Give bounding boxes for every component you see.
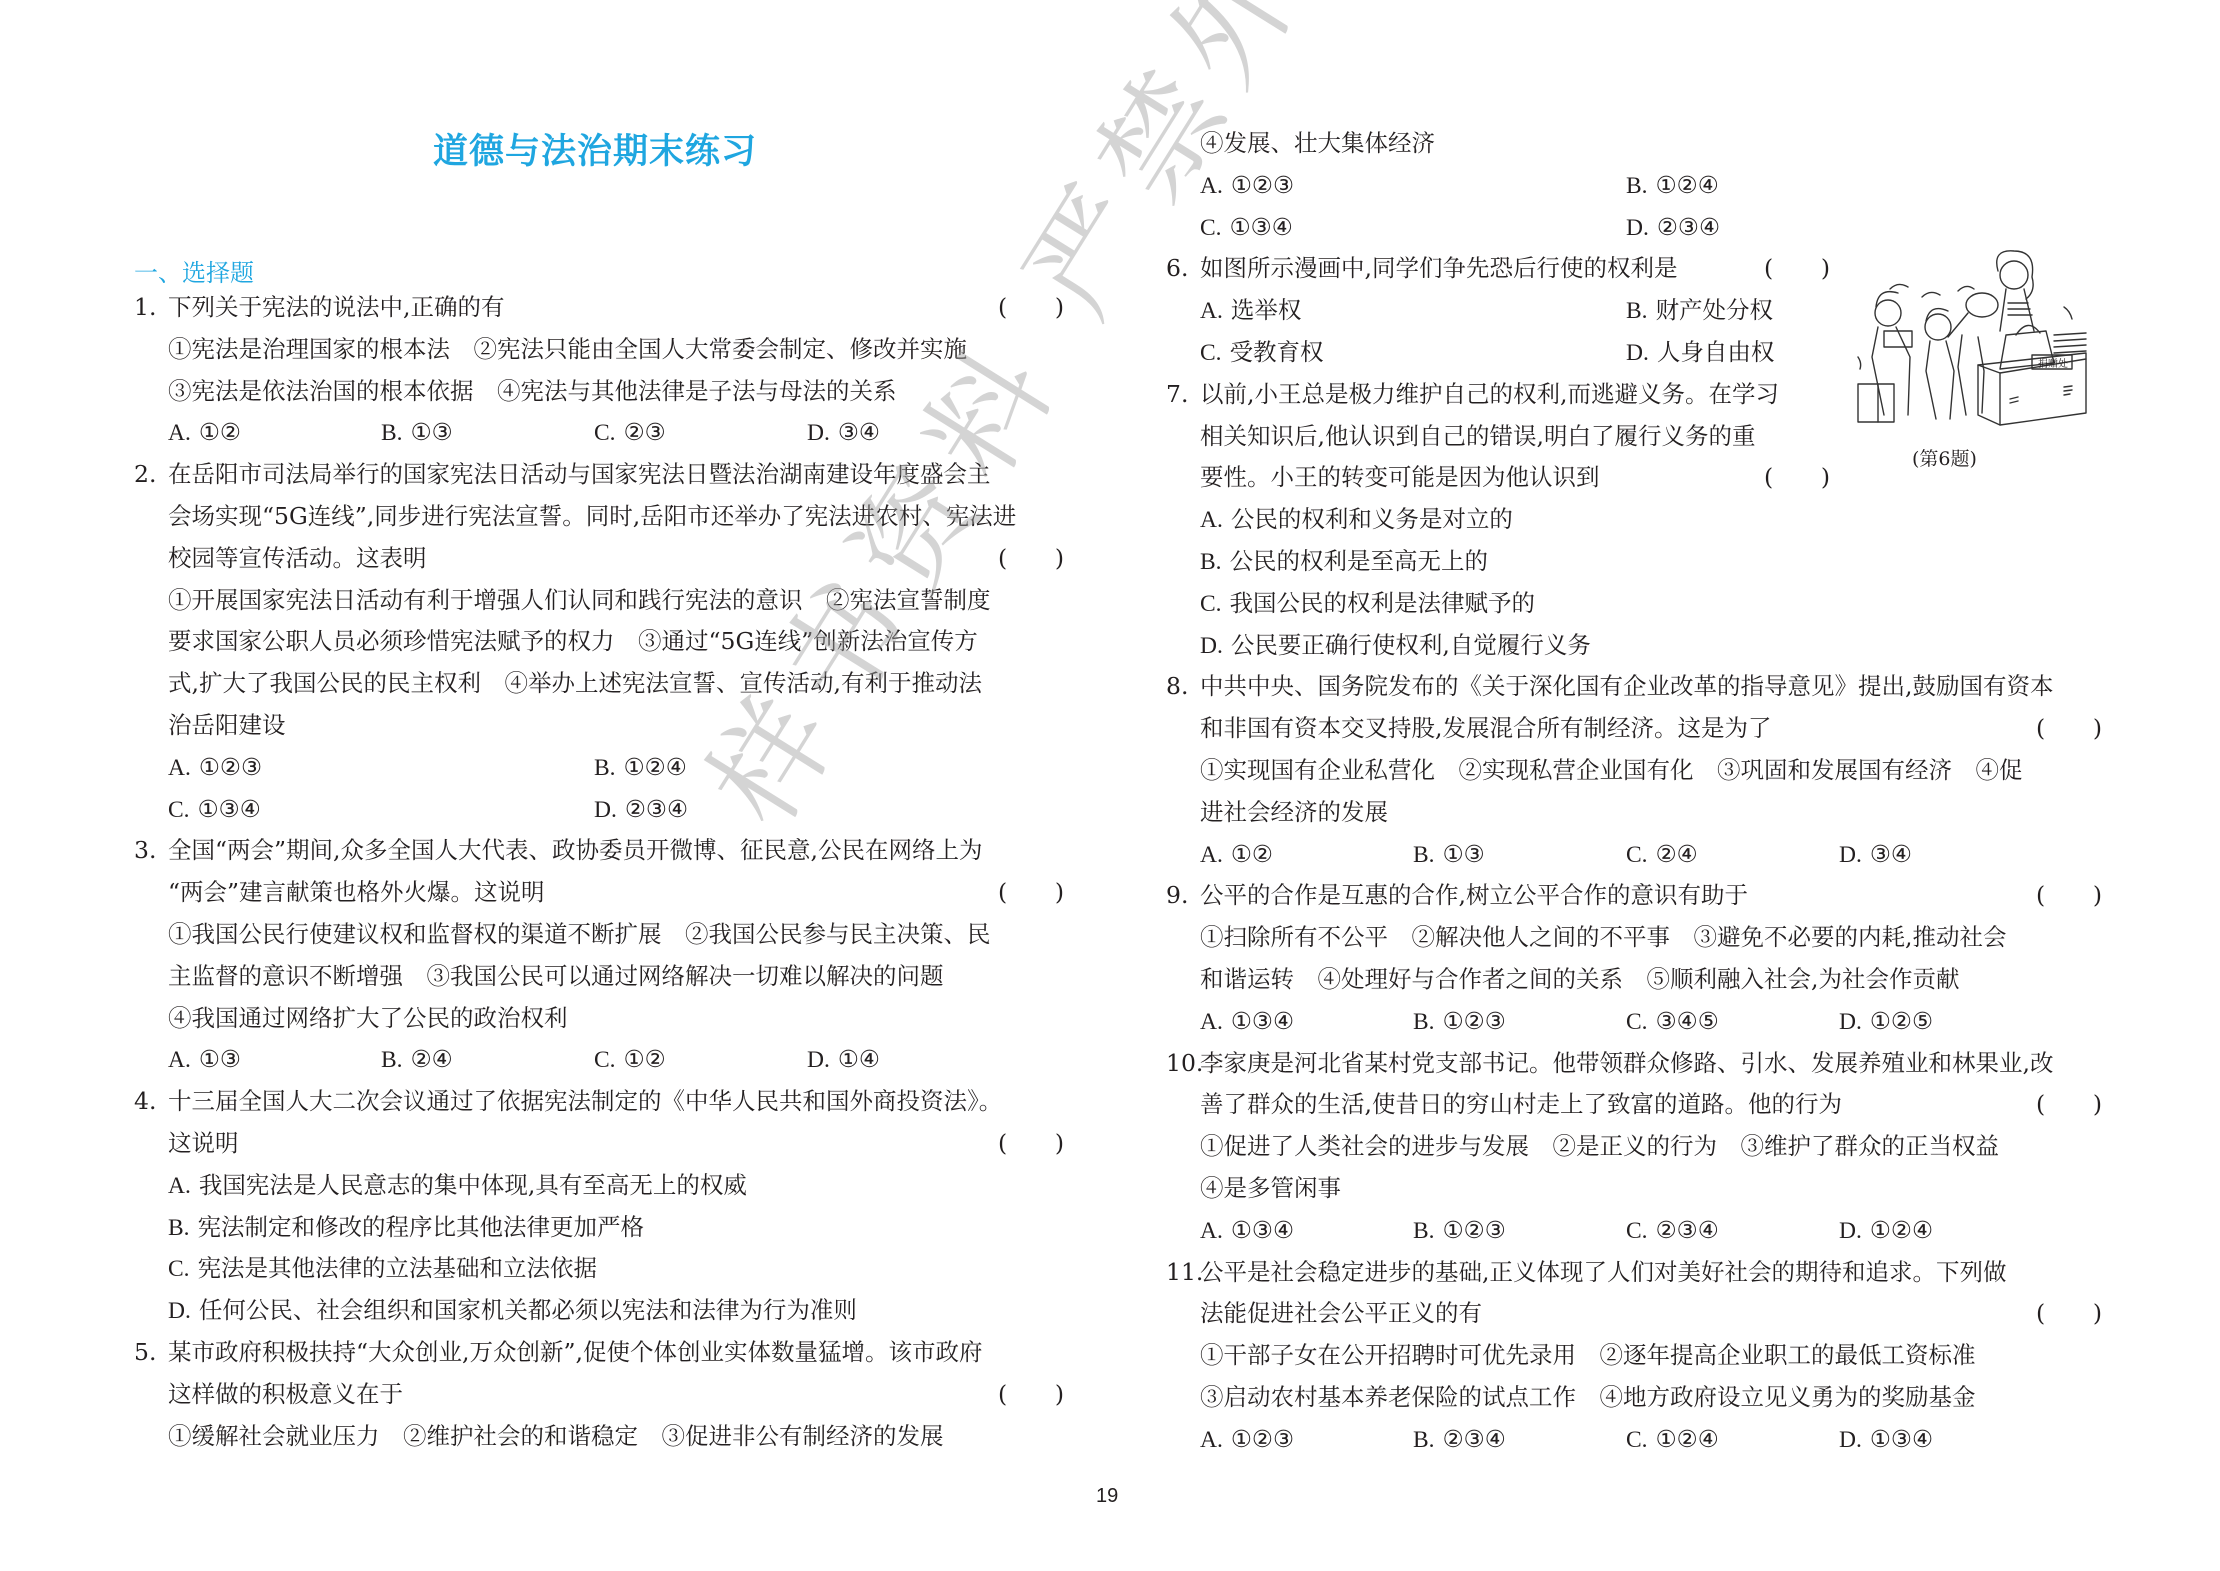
option-c[interactable]: C.②③ (594, 412, 807, 455)
question-number: 9. (1166, 875, 1188, 917)
question-stem-line: 法能促进社会公平正义的有 () (1166, 1293, 2102, 1335)
option-c[interactable]: C.受教育权 (1200, 332, 1626, 375)
answer-blank[interactable]: () (998, 538, 1064, 580)
option-a[interactable]: A.选举权 (1200, 290, 1626, 333)
question-number: 4. (134, 1081, 156, 1123)
option-b[interactable]: B.②③④ (1413, 1419, 1626, 1462)
option-a[interactable]: A.①②③ (1200, 165, 1626, 208)
answer-blank[interactable]: () (1764, 457, 1830, 499)
statement: ①我国公民行使建议权和监督权的渠道不断扩展 ②我国公民参与民主决策、民 (134, 914, 1064, 956)
option-d[interactable]: D.②③④ (1626, 207, 2052, 250)
question-2-stem: 2. 在岳阳市司法局举行的国家宪法日活动与国家宪法日暨法治湖南建设年度盛会主 (134, 454, 1064, 496)
option-d[interactable]: D.②③④ (594, 789, 1020, 832)
question-3-stem: 3. 全国“两会”期间,众多全国人大代表、政协委员开微博、征民意,公民在网络上为 (134, 830, 1064, 872)
option-c[interactable]: C.①② (594, 1039, 807, 1082)
option-b[interactable]: B.②④ (381, 1039, 594, 1082)
statement: ①扫除所有不公平 ②解决他人之间的不平事 ③避免不必要的内耗,推动社会 (1166, 917, 2102, 959)
donation-cartoon-figure: 捐赠处 (1850, 247, 2094, 427)
question-5-stem: 5. 某市政府积极扶持“大众创业,万众创新”,促使个体创业实体数量猛增。该市政府 (134, 1332, 1064, 1374)
option-d[interactable]: D.①②④ (1839, 1210, 2052, 1253)
option-a[interactable]: A.①② (168, 412, 381, 455)
option-d[interactable]: D.③④ (807, 412, 1020, 455)
option-a[interactable]: A.①② (1200, 834, 1413, 877)
option-c[interactable]: C.①③④ (1200, 207, 1626, 250)
question-stem-line: 这样做的积极意义在于 () (134, 1374, 1064, 1416)
statement: ①缓解社会就业压力 ②维护社会的和谐稳定 ③促进非公有制经济的发展 (134, 1416, 1064, 1458)
option-b[interactable]: B.公民的权利是至高无上的 (1166, 541, 2102, 583)
option-c[interactable]: C.宪法是其他法律的立法基础和立法依据 (134, 1248, 1064, 1290)
question-number: 6. (1166, 248, 1188, 290)
statement: ④是多管闲事 (1166, 1168, 2102, 1210)
question-11-stem: 11. 公平是社会稳定进步的基础,正义体现了人们对美好社会的期待和追求。下列做 (1166, 1252, 2102, 1294)
question-number: 7. (1166, 374, 1188, 416)
question-number: 10. (1166, 1043, 1203, 1085)
answer-blank[interactable]: () (998, 1123, 1064, 1165)
option-d[interactable]: D.③④ (1839, 834, 2052, 877)
donation-sign: 捐赠处 (2038, 355, 2068, 370)
question-number: 2. (134, 454, 156, 496)
statement: 进社会经济的发展 (1166, 792, 2102, 834)
statement: ③宪法是依法治国的根本依据 ④宪法与其他法律是子法与母法的关系 (134, 371, 1064, 413)
option-a[interactable]: A.①③④ (1200, 1210, 1413, 1253)
answer-blank[interactable]: () (2036, 708, 2102, 750)
figure-caption: (第6题) (1912, 444, 1977, 471)
statement: 和谐运转 ④处理好与合作者之间的关系 ⑤顺利融入社会,为社会作贡献 (1166, 959, 2102, 1001)
left-column: 1. 下列关于宪法的说法中,正确的有 () ①宪法是治理国家的根本法 ②宪法只能… (134, 287, 1064, 1457)
option-a[interactable]: A.①②③ (168, 747, 594, 790)
section-heading: 一、选择题 (134, 253, 254, 288)
question-8-stem: 8. 中共中央、国务院发布的《关于深化国有企业改革的指导意见》提出,鼓励国有资本 (1166, 666, 2102, 708)
question-number: 1. (134, 287, 156, 329)
statement: ③启动农村基本养老保险的试点工作 ④地方政府设立见义勇为的奖励基金 (1166, 1377, 2102, 1419)
option-a[interactable]: A.公民的权利和义务是对立的 (1166, 499, 2102, 541)
options-row: A.①②③ B.②③④ C.①②④ D.①③④ (1166, 1419, 2102, 1461)
question-stem-line: 会场实现“5G连线”,同步进行宪法宣誓。同时,岳阳市还举办了宪法进农村、宪法进 (134, 496, 1064, 538)
option-c[interactable]: C.③④⑤ (1626, 1001, 1839, 1044)
option-d[interactable]: D.任何公民、社会组织和国家机关都必须以宪法和法律为行为准则 (134, 1290, 1064, 1332)
option-b[interactable]: B.①③ (381, 412, 594, 455)
option-b[interactable]: B.①②④ (1626, 165, 2052, 208)
question-9-stem: 9. 公平的合作是互惠的合作,树立公平合作的意识有助于 () (1166, 875, 2102, 917)
answer-blank[interactable]: () (2036, 1084, 2102, 1126)
answer-blank[interactable]: () (2036, 1293, 2102, 1335)
option-d[interactable]: D.①②⑤ (1839, 1001, 2052, 1044)
option-d[interactable]: D.①④ (807, 1039, 1020, 1082)
option-b[interactable]: B.①②④ (594, 747, 1020, 790)
question-4-stem: 4. 十三届全国人大二次会议通过了依据宪法制定的《中华人民共和国外商投资法》。 (134, 1081, 1064, 1123)
statement: ①宪法是治理国家的根本法 ②宪法只能由全国人大常委会制定、修改并实施 (134, 329, 1064, 371)
option-a[interactable]: A.我国宪法是人民意志的集中体现,具有至高无上的权威 (134, 1165, 1064, 1207)
statement: ①实现国有企业私营化 ②实现私营企业国有化 ③巩固和发展国有经济 ④促 (1166, 750, 2102, 792)
statement: ①干部子女在公开招聘时可优先录用 ②逐年提高企业职工的最低工资标准 (1166, 1335, 2102, 1377)
statement: ④发展、壮大集体经济 (1166, 123, 2102, 165)
answer-blank[interactable]: () (998, 1374, 1064, 1416)
page-title: 道德与法治期末练习 (0, 124, 1190, 174)
statement: 治岳阳建设 (134, 705, 1064, 747)
question-1-stem: 1. 下列关于宪法的说法中,正确的有 () (134, 287, 1064, 329)
option-b[interactable]: B.①③ (1413, 834, 1626, 877)
answer-blank[interactable]: () (998, 872, 1064, 914)
option-d[interactable]: D.公民要正确行使权利,自觉履行义务 (1166, 625, 2102, 667)
option-b[interactable]: B.宪法制定和修改的程序比其他法律更加严格 (134, 1207, 1064, 1249)
question-number: 8. (1166, 666, 1188, 708)
statement: ④我国通过网络扩大了公民的政治权利 (134, 998, 1064, 1040)
statement: ①促进了人类社会的进步与发展 ②是正义的行为 ③维护了群众的正当权益 (1166, 1126, 2102, 1168)
statement: 主监督的意识不断增强 ③我国公民可以通过网络解决一切难以解决的问题 (134, 956, 1064, 998)
question-number: 5. (134, 1332, 156, 1374)
question-stem-line: 善了群众的生活,使昔日的穷山村走上了致富的道路。他的行为 () (1166, 1084, 2102, 1126)
options-row: A.①③④ B.①②③ C.②③④ D.①②④ (1166, 1210, 2102, 1252)
option-c[interactable]: C.②③④ (1626, 1210, 1839, 1253)
option-c[interactable]: C.②④ (1626, 834, 1839, 877)
statement: 式,扩大了我国公民的民主权利 ④举办上述宪法宣誓、宣传活动,有利于推动法 (134, 663, 1064, 705)
question-stem-line: “两会”建言献策也格外火爆。这说明 () (134, 872, 1064, 914)
option-a[interactable]: A.①③④ (1200, 1001, 1413, 1044)
option-d[interactable]: D.①③④ (1839, 1419, 2052, 1462)
answer-blank[interactable]: () (1764, 248, 1830, 290)
question-stem-line: 这说明 () (134, 1123, 1064, 1165)
question-stem-line: 校园等宣传活动。这表明 () (134, 538, 1064, 580)
question-number: 3. (134, 830, 156, 872)
options-row: A.①② B.①③ C.②④ D.③④ (1166, 834, 2102, 876)
options-row: A.①②③ B.①②④ (1166, 165, 2102, 207)
options-row: C.①③④ D.②③④ (1166, 207, 2102, 249)
option-b[interactable]: B.①②③ (1413, 1210, 1626, 1253)
option-c[interactable]: C.①②④ (1626, 1419, 1839, 1462)
answer-blank[interactable]: () (2036, 875, 2102, 917)
question-10-stem: 10. 李家庚是河北省某村党支部书记。他带领群众修路、引水、发展养殖业和林果业,… (1166, 1043, 2102, 1085)
statement: 要求国家公职人员必须珍惜宪法赋予的权力 ③通过“5G连线”创新法治宣传方 (134, 621, 1064, 663)
option-c[interactable]: C.①③④ (168, 789, 594, 832)
options-row: A.①②③ B.①②④ (134, 747, 1064, 789)
option-a[interactable]: A.①②③ (1200, 1419, 1413, 1462)
page-number: 19 (1096, 1485, 1118, 1508)
options-row: A.①③ B.②④ C.①② D.①④ (134, 1039, 1064, 1081)
options-row: C.①③④ D.②③④ (134, 789, 1064, 831)
answer-blank[interactable]: () (998, 287, 1064, 329)
question-number: 11. (1166, 1252, 1203, 1294)
options-row: A.①③④ B.①②③ C.③④⑤ D.①②⑤ (1166, 1001, 2102, 1043)
option-b[interactable]: B.①②③ (1413, 1001, 1626, 1044)
option-c[interactable]: C.我国公民的权利是法律赋予的 (1166, 583, 2102, 625)
statement: ①开展国家宪法日活动有利于增强人们认同和践行宪法的意识 ②宪法宣誓制度 (134, 580, 1064, 622)
question-stem-line: 和非国有资本交叉持股,发展混合所有制经济。这是为了 () (1166, 708, 2102, 750)
option-a[interactable]: A.①③ (168, 1039, 381, 1082)
options-row: A.①② B.①③ C.②③ D.③④ (134, 412, 1064, 454)
